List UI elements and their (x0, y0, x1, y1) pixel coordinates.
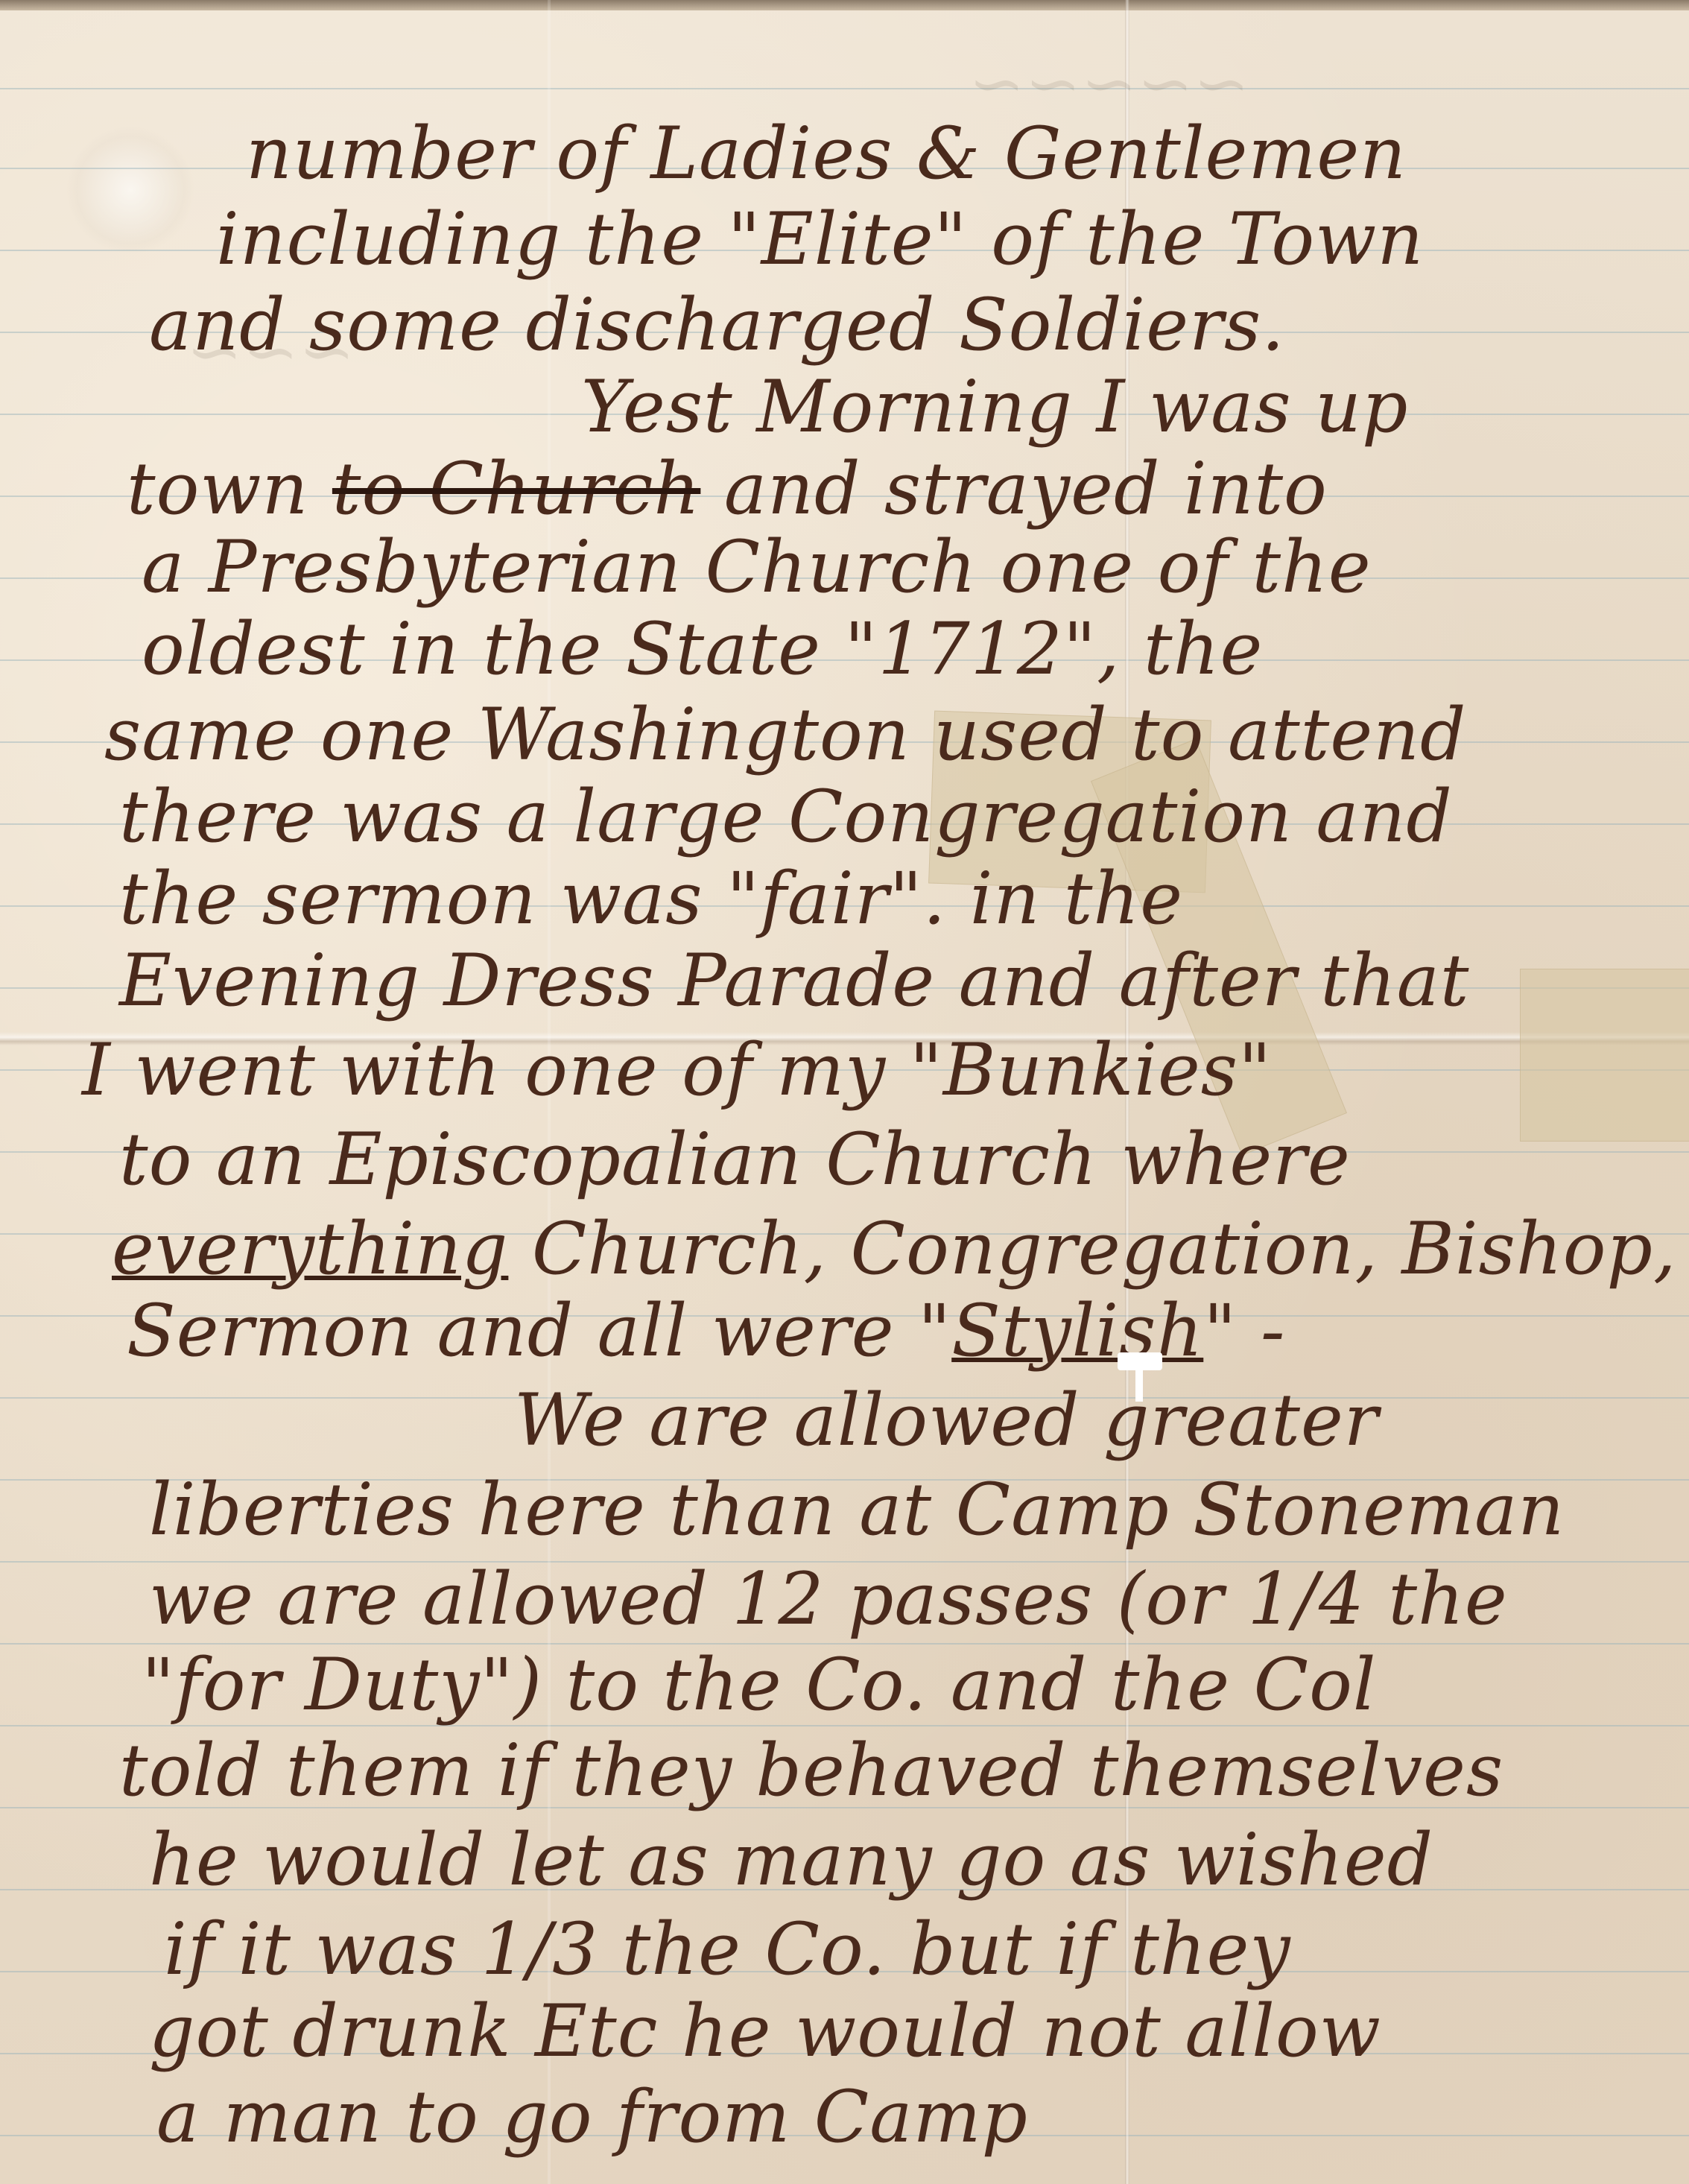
line-segment: and strayed into (700, 447, 1327, 531)
line-segment: town (127, 447, 332, 531)
line-segment: " - (1203, 1289, 1285, 1373)
letter-line: everything Church, Congregation, Bishop, (112, 1207, 1676, 1291)
letter-line: a man to go from Camp (156, 2075, 1028, 2159)
letter-line: number of Ladies & Gentlemen (246, 112, 1407, 195)
letter-line: got drunk Etc he would not allow (149, 1990, 1381, 2073)
letter-line: he would let as many go as wished (149, 1818, 1433, 1902)
letter-page: ~~~~~ ~~~ number of Ladies & Gentlemen i… (0, 0, 1689, 2184)
letter-line: I went with one of my "Bunkies" (82, 1028, 1272, 1112)
letter-line: the sermon was "fair". in the (119, 857, 1183, 940)
letter-line: a Presbyterian Church one of the (142, 525, 1372, 609)
letter-line: if it was 1/3 the Co. but if they (164, 1908, 1291, 1991)
underlined-text: everything (112, 1207, 508, 1291)
letter-line: same one Washington used to attend (104, 693, 1466, 776)
letter-line: to an Episcopalian Church where (119, 1118, 1351, 1201)
letter-line: "for Duty") to the Co. and the Col (142, 1643, 1377, 1726)
paper-hole (1118, 1352, 1162, 1370)
letter-line: including the "Elite" of the Town (216, 197, 1424, 281)
letter-line: liberties here than at Camp Stoneman (149, 1468, 1565, 1551)
letter-line: there was a large Congregation and (119, 775, 1453, 858)
underlined-text: Stylish (951, 1289, 1203, 1373)
letter-line: town to Church and strayed into (127, 447, 1328, 531)
line-segment: Church, Congregation, Bishop, (508, 1207, 1676, 1291)
letter-line: we are allowed 12 passes (or 1/4 the (149, 1557, 1508, 1641)
letter-body: number of Ladies & Gentlemen including t… (0, 0, 1689, 2184)
letter-line: Sermon and all were "Stylish" - (127, 1289, 1285, 1373)
line-segment: Sermon and all were " (127, 1289, 951, 1373)
struck-text: to Church (332, 447, 700, 531)
letter-line: and some discharged Soldiers. (149, 283, 1285, 367)
letter-line: Evening Dress Parade and after that (119, 939, 1469, 1022)
letter-line: We are allowed greater (514, 1379, 1379, 1462)
letter-line: oldest in the State "1712", the (142, 607, 1263, 691)
letter-line: Yest Morning I was up (581, 365, 1408, 449)
letter-line: told them if they behaved themselves (119, 1729, 1503, 1812)
